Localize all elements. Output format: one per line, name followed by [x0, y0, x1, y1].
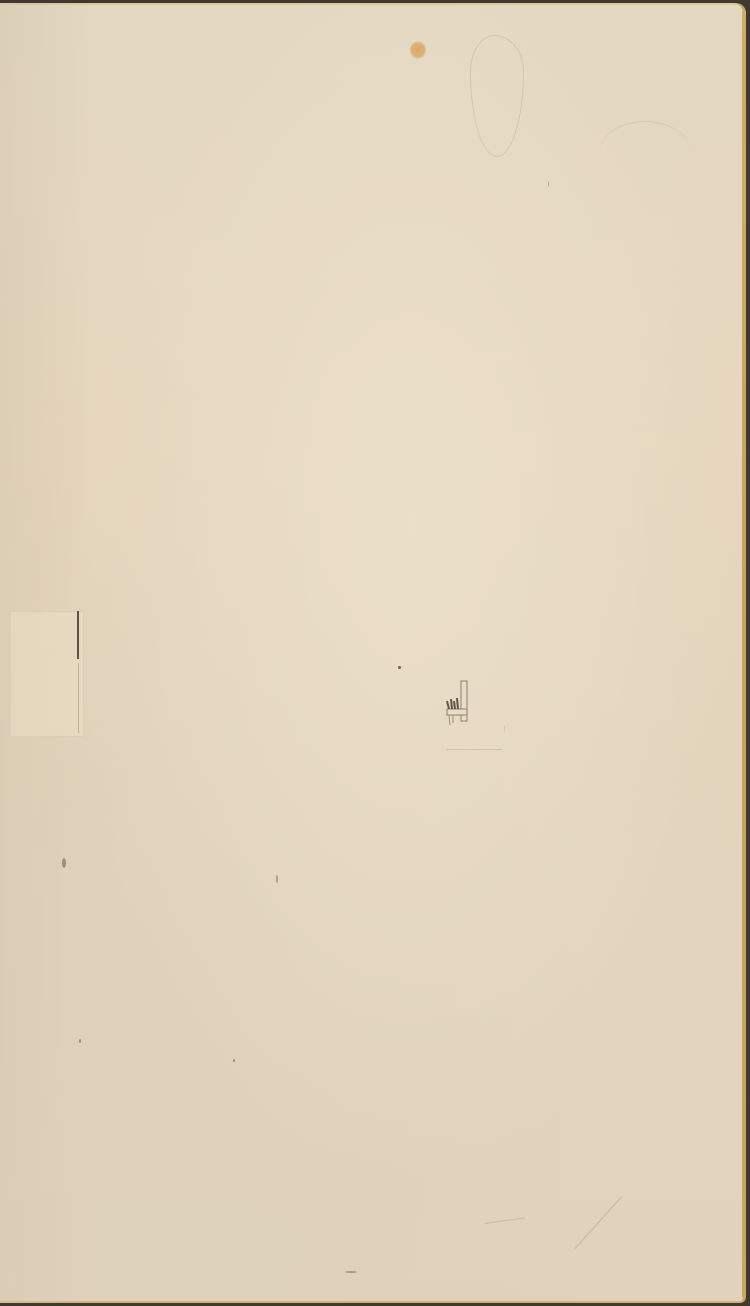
speck: [233, 1059, 235, 1062]
speck: [79, 1039, 81, 1043]
water-stain-faint: [600, 121, 690, 182]
gilt-right-edge: [742, 11, 746, 1297]
paper-crease: [575, 1196, 623, 1249]
speck: [548, 181, 549, 187]
ink-mark-icon: [443, 679, 471, 729]
orange-stain: [410, 41, 426, 59]
water-stain: [470, 35, 524, 157]
paper-crease: [485, 1217, 525, 1224]
scanned-page-background: [0, 0, 750, 1306]
speck: [62, 858, 66, 868]
pasted-paper-fragment: [10, 611, 84, 737]
pasted-paper-dark-edge: [77, 611, 79, 659]
speck: [398, 666, 401, 669]
pasted-paper-faint-edge: [78, 663, 79, 733]
speck: [345, 1271, 357, 1273]
blank-paper-page: [0, 3, 746, 1303]
speck: [276, 875, 278, 883]
